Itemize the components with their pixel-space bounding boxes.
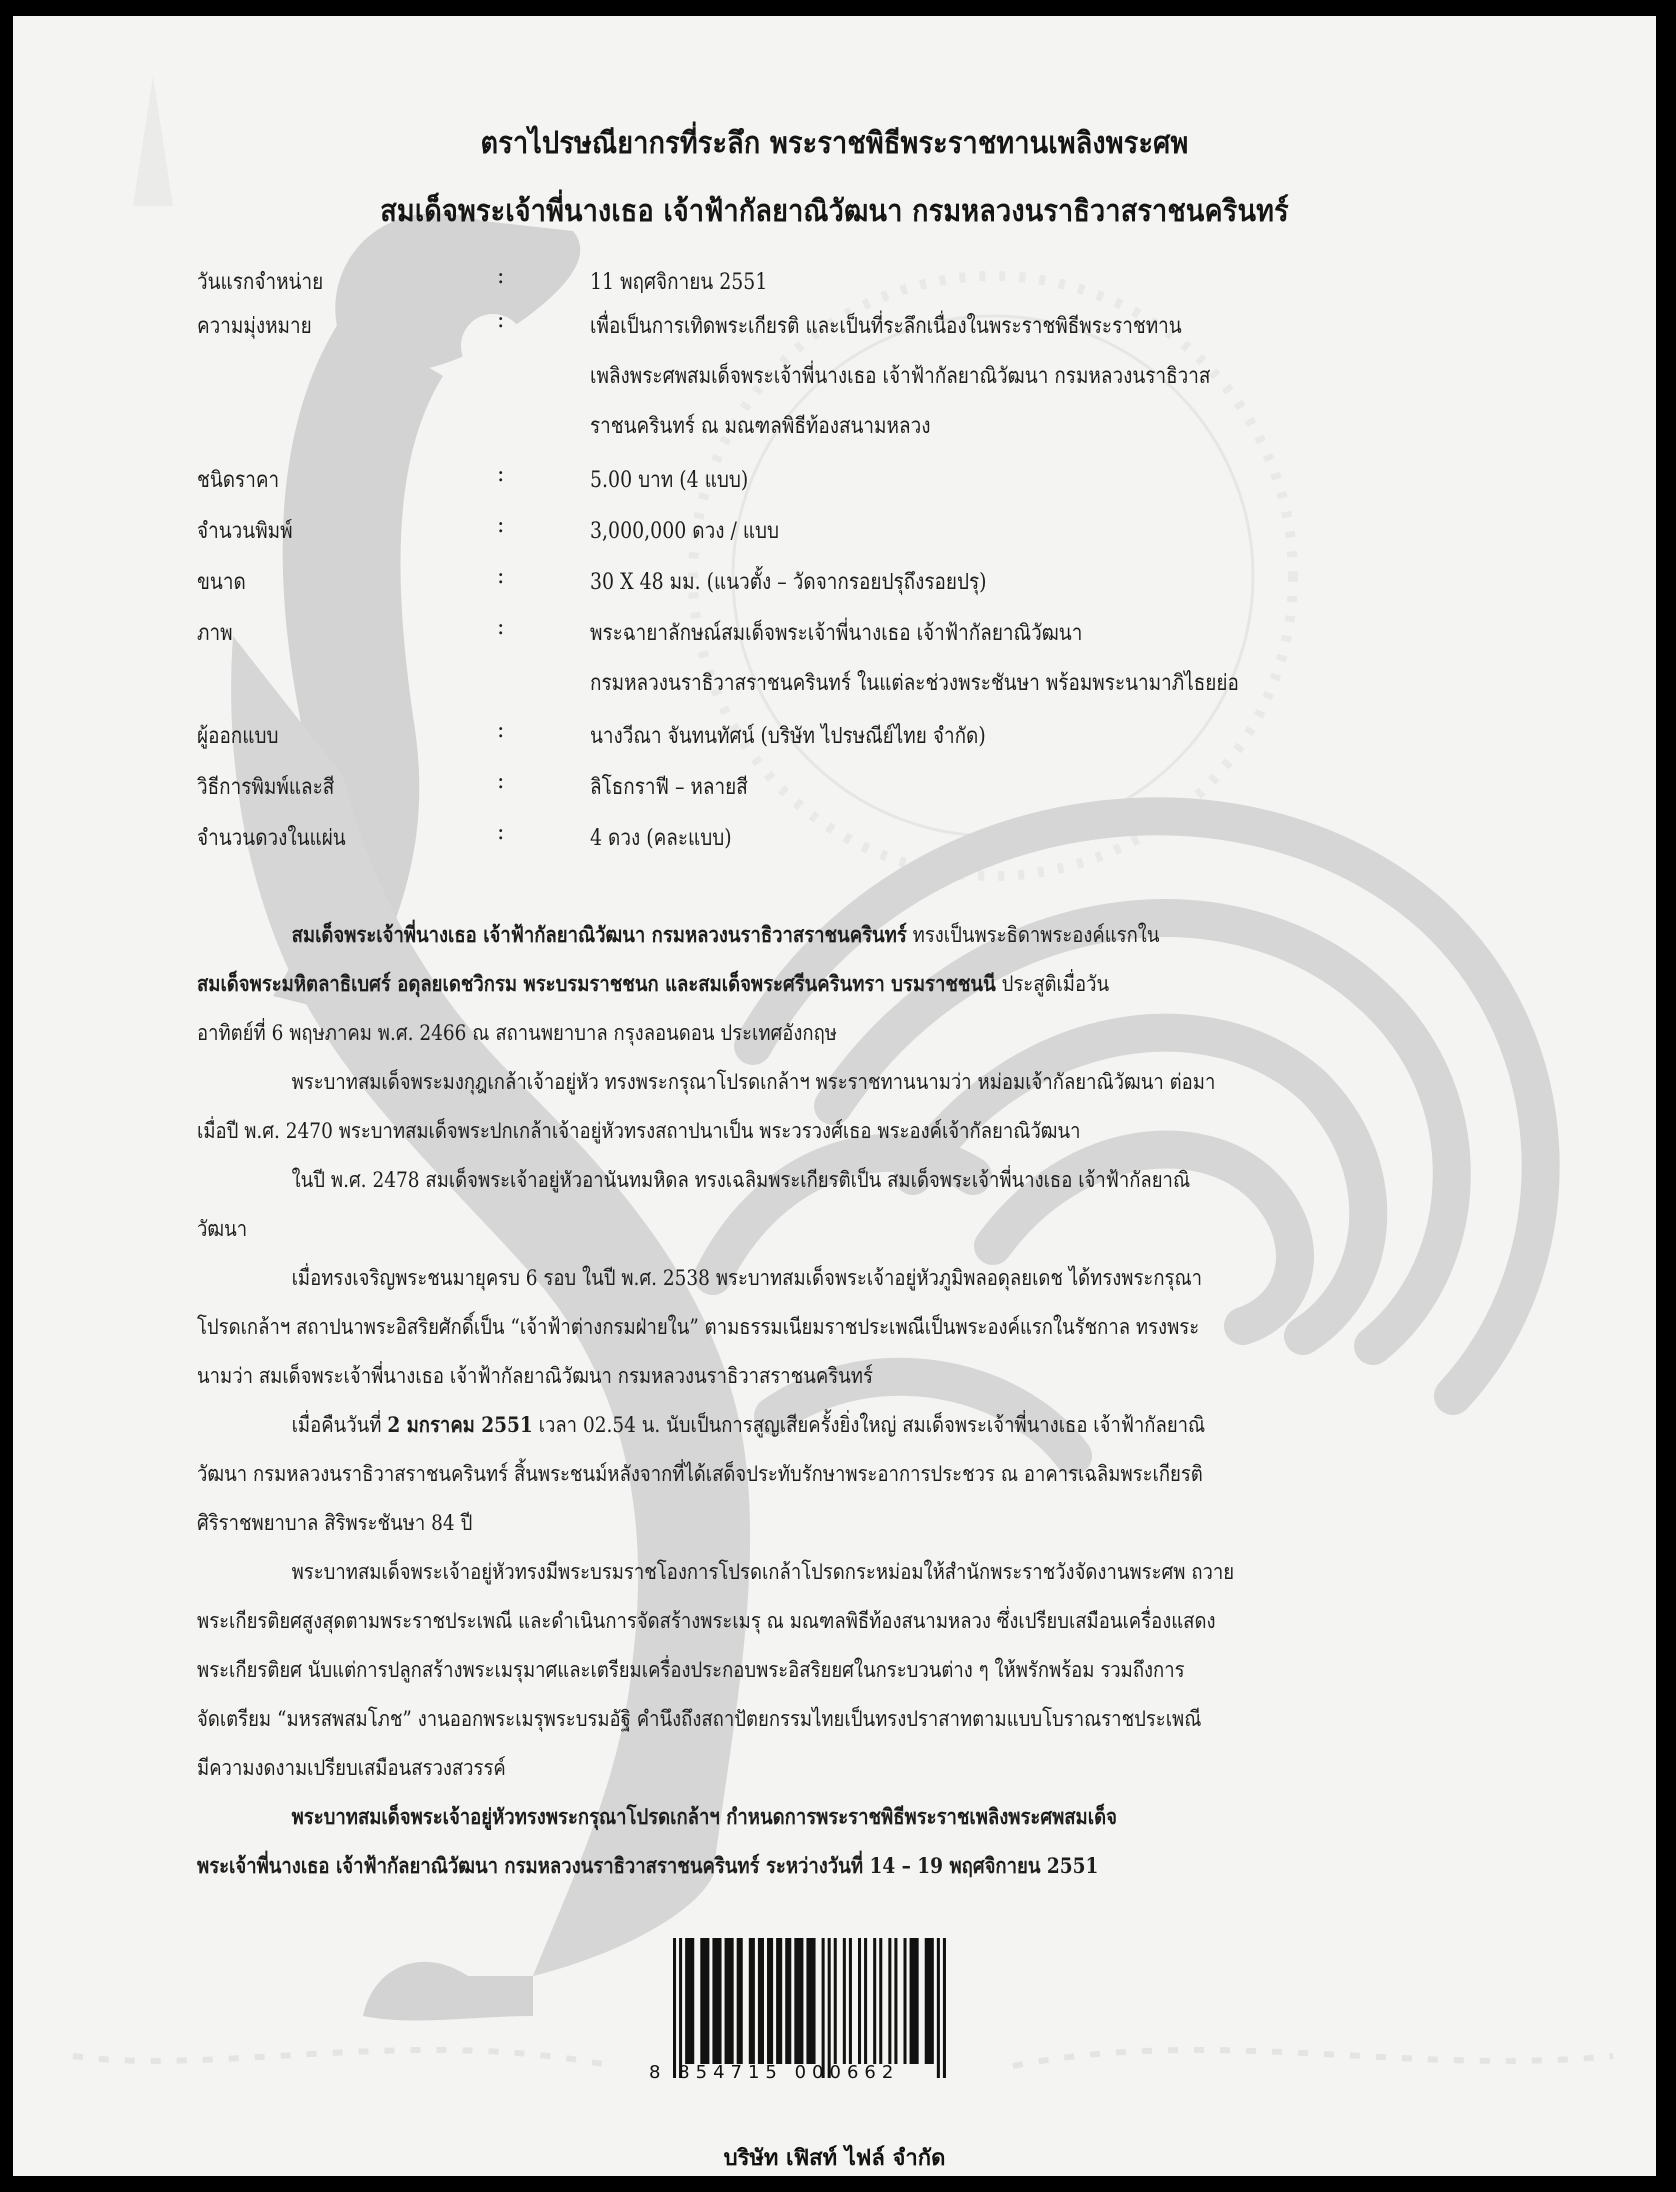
paragraph-1: สมเด็จพระเจ้าพี่นางเธอ เจ้าฟ้ากัลยาณิวัฒ… [197,911,1477,1058]
detail-label: ชนิดราคา [197,462,279,497]
paragraph-5: เมื่อคืนวันที่ 2 มกราคม 2551 เวลา 02.54 … [197,1401,1477,1548]
detail-row-quantity: จำนวนพิมพ์ : 3,000,000 ดวง / แบบ [197,505,1497,556]
paragraph-line: พระบาทสมเด็จพระเจ้าอยู่หัวทรงพระกรุณาโปร… [197,1793,1298,1842]
text: ทรงเป็นพระธิดาพระองค์แรกใน [907,923,1160,948]
detail-separator: : [497,564,504,589]
detail-value: 3,000,000 ดวง / แบบ [590,513,779,548]
stamp-details-table: วันแรกจำหน่าย : 11 พฤศจิกายน 2551 ความมุ… [197,256,1497,863]
detail-value: 5.00 บาท (4 แบบ) [590,462,748,497]
detail-row-size: ขนาด : 30 X 48 มม. (แนวตั้ง – วัดจากรอยป… [197,556,1497,607]
detail-row-image: ภาพ : พระฉายาลักษณ์สมเด็จพระเจ้าพี่นางเธ… [197,607,1497,710]
detail-value: ลิโธกราฟี – หลายสี [590,769,748,804]
detail-label: ขนาด [197,564,246,599]
paragraph-line: เมื่อทรงเจริญพระชนมายุครบ 6 รอบ ในปี พ.ศ… [197,1254,1298,1303]
detail-value-line: เพื่อเป็นการเทิดพระเกียรติ และเป็นที่ระล… [590,308,1210,358]
paragraph-2: พระบาทสมเด็จพระมงกุฎเกล้าเจ้าอยู่หัว ทรง… [197,1058,1477,1156]
paragraph-line: เมื่อปี พ.ศ. 2470 พระบาทสมเด็จพระปกเกล้า… [197,1107,1298,1156]
barcode: 8 854715 000662 [649,1938,969,2138]
page-title-line-2: สมเด็จพระเจ้าพี่นางเธอ เจ้าฟ้ากัลยาณิวัฒ… [95,188,1574,235]
biography-text: สมเด็จพระเจ้าพี่นางเธอ เจ้าฟ้ากัลยาณิวัฒ… [197,911,1477,1891]
detail-label: ความมุ่งหมาย [197,308,312,343]
paragraph-4: เมื่อทรงเจริญพระชนมายุครบ 6 รอบ ในปี พ.ศ… [197,1254,1477,1401]
paragraph-line: มีความงดงามเปรียบเสมือนสรวงสวรรค์ [197,1744,1298,1793]
detail-value: พระฉายาลักษณ์สมเด็จพระเจ้าพี่นางเธอ เจ้า… [590,615,1239,715]
paragraph-line: ศิริราชพยาบาล สิริพระชันษา 84 ปี [197,1499,1298,1548]
detail-value: นางวีณา จันทนทัศน์ (บริษัท ไปรษณีย์ไทย จ… [590,718,986,753]
detail-value-line: กรมหลวงนราธิวาสราชนครินทร์ ในแต่ละช่วงพร… [590,665,1239,715]
barcode-number: 8 854715 000662 [649,2062,899,2083]
paragraph-line: วัฒนา [197,1205,1298,1254]
detail-separator: : [497,308,504,333]
paragraph-6: พระบาทสมเด็จพระเจ้าอยู่หัวทรงมีพระบรมราช… [197,1548,1477,1793]
detail-label: วันแรกจำหน่าย [197,264,323,299]
text: ประสูติเมื่อวัน [996,972,1109,997]
text: เวลา 02.54 น. นับเป็นการสูญเสียครั้งยิ่ง… [533,1413,1205,1438]
paragraph-line: พระเกียรติยศสูงสุดตามพระราชประเพณี และดำ… [197,1597,1298,1646]
text: เมื่อคืนวันที่ [292,1413,388,1438]
detail-separator: : [497,769,504,794]
detail-label: จำนวนพิมพ์ [197,513,293,548]
page-title-line-1: ตราไปรษณียากรที่ระลึก พระราชพิธีพระราชทา… [95,120,1574,167]
detail-separator: : [497,615,504,640]
detail-row-designer: ผู้ออกแบบ : นางวีณา จันทนทัศน์ (บริษัท ไ… [197,710,1497,761]
paragraph-line: โปรดเกล้าฯ สถาปนาพระอิสริยศักดิ์เป็น “เจ… [197,1303,1298,1352]
barcode-bars-icon [673,1938,947,2078]
detail-value: 4 ดวง (คละแบบ) [590,820,732,855]
paragraph-line: สมเด็จพระมหิตลาธิเบศร์ อดุลยเดชวิกรม พระ… [197,960,1298,1009]
paragraph-3: ในปี พ.ศ. 2478 สมเด็จพระเจ้าอยู่หัวอานัน… [197,1156,1477,1254]
detail-label: วิธีการพิมพ์และสี [197,769,334,804]
paragraph-line: นามว่า สมเด็จพระเจ้าพี่นางเธอ เจ้าฟ้ากัล… [197,1352,1298,1401]
paragraph-line: พระบาทสมเด็จพระมงกุฎเกล้าเจ้าอยู่หัว ทรง… [197,1058,1298,1107]
bold-date: 2 มกราคม 2551 [387,1413,532,1438]
detail-row-issue-date: วันแรกจำหน่าย : 11 พฤศจิกายน 2551 [197,256,1497,300]
paragraph-line: พระเกียรติยศ นับแต่การปลูกสร้างพระเมรุมา… [197,1646,1298,1695]
detail-separator: : [497,264,504,289]
paragraph-line: วัฒนา กรมหลวงนราธิวาสราชนครินทร์ สิ้นพระ… [197,1450,1298,1499]
bold-text: สมเด็จพระมหิตลาธิเบศร์ อดุลยเดชวิกรม พระ… [197,972,996,997]
paragraph-7: พระบาทสมเด็จพระเจ้าอยู่หัวทรงพระกรุณาโปร… [197,1793,1477,1891]
paragraph-line: ในปี พ.ศ. 2478 สมเด็จพระเจ้าอยู่หัวอานัน… [197,1156,1298,1205]
detail-value-line: พระฉายาลักษณ์สมเด็จพระเจ้าพี่นางเธอ เจ้า… [590,615,1239,665]
detail-label: ภาพ [197,615,233,650]
paragraph-line: พระเจ้าพี่นางเธอ เจ้าฟ้ากัลยาณิวัฒนา กรม… [197,1842,1298,1891]
detail-value-line: ราชนครินทร์ ณ มณฑลพิธีท้องสนามหลวง [590,408,1210,458]
detail-row-printing: วิธีการพิมพ์และสี : ลิโธกราฟี – หลายสี [197,761,1497,812]
detail-row-denomination: ชนิดราคา : 5.00 บาท (4 แบบ) [197,454,1497,505]
paragraph-line: สมเด็จพระเจ้าพี่นางเธอ เจ้าฟ้ากัลยาณิวัฒ… [197,911,1298,960]
detail-value: 11 พฤศจิกายน 2551 [590,264,767,299]
stamp-info-sheet: ตราไปรษณียากรที่ระลึก พระราชพิธีพระราชทา… [13,16,1656,2176]
paragraph-line: เมื่อคืนวันที่ 2 มกราคม 2551 เวลา 02.54 … [197,1401,1298,1450]
detail-label: ผู้ออกแบบ [197,718,278,753]
detail-separator: : [497,718,504,743]
detail-row-purpose: ความมุ่งหมาย : เพื่อเป็นการเทิดพระเกียรต… [197,300,1497,454]
detail-value-line: เพลิงพระศพสมเด็จพระเจ้าพี่นางเธอ เจ้าฟ้า… [590,358,1210,408]
detail-separator: : [497,820,504,845]
paragraph-line: พระบาทสมเด็จพระเจ้าอยู่หัวทรงมีพระบรมราช… [197,1548,1298,1597]
detail-separator: : [497,513,504,538]
detail-value: 30 X 48 มม. (แนวตั้ง – วัดจากรอยปรุถึงรอ… [590,564,987,599]
detail-label: จำนวนดวงในแผ่น [197,820,346,855]
detail-separator: : [497,462,504,487]
paragraph-line: อาทิตย์ที่ 6 พฤษภาคม พ.ศ. 2466 ณ สถานพยา… [197,1009,1298,1058]
bold-text: สมเด็จพระเจ้าพี่นางเธอ เจ้าฟ้ากัลยาณิวัฒ… [292,923,907,948]
detail-value: เพื่อเป็นการเทิดพระเกียรติ และเป็นที่ระล… [590,308,1210,458]
publisher-name: บริษัท เฟิสท์ ไฟล์ จำกัด [13,2140,1656,2175]
detail-row-stamps-per-sheet: จำนวนดวงในแผ่น : 4 ดวง (คละแบบ) [197,812,1497,863]
paragraph-line: จัดเตรียม “มหรสพสมโภช” งานออกพระเมรุพระบ… [197,1695,1298,1744]
